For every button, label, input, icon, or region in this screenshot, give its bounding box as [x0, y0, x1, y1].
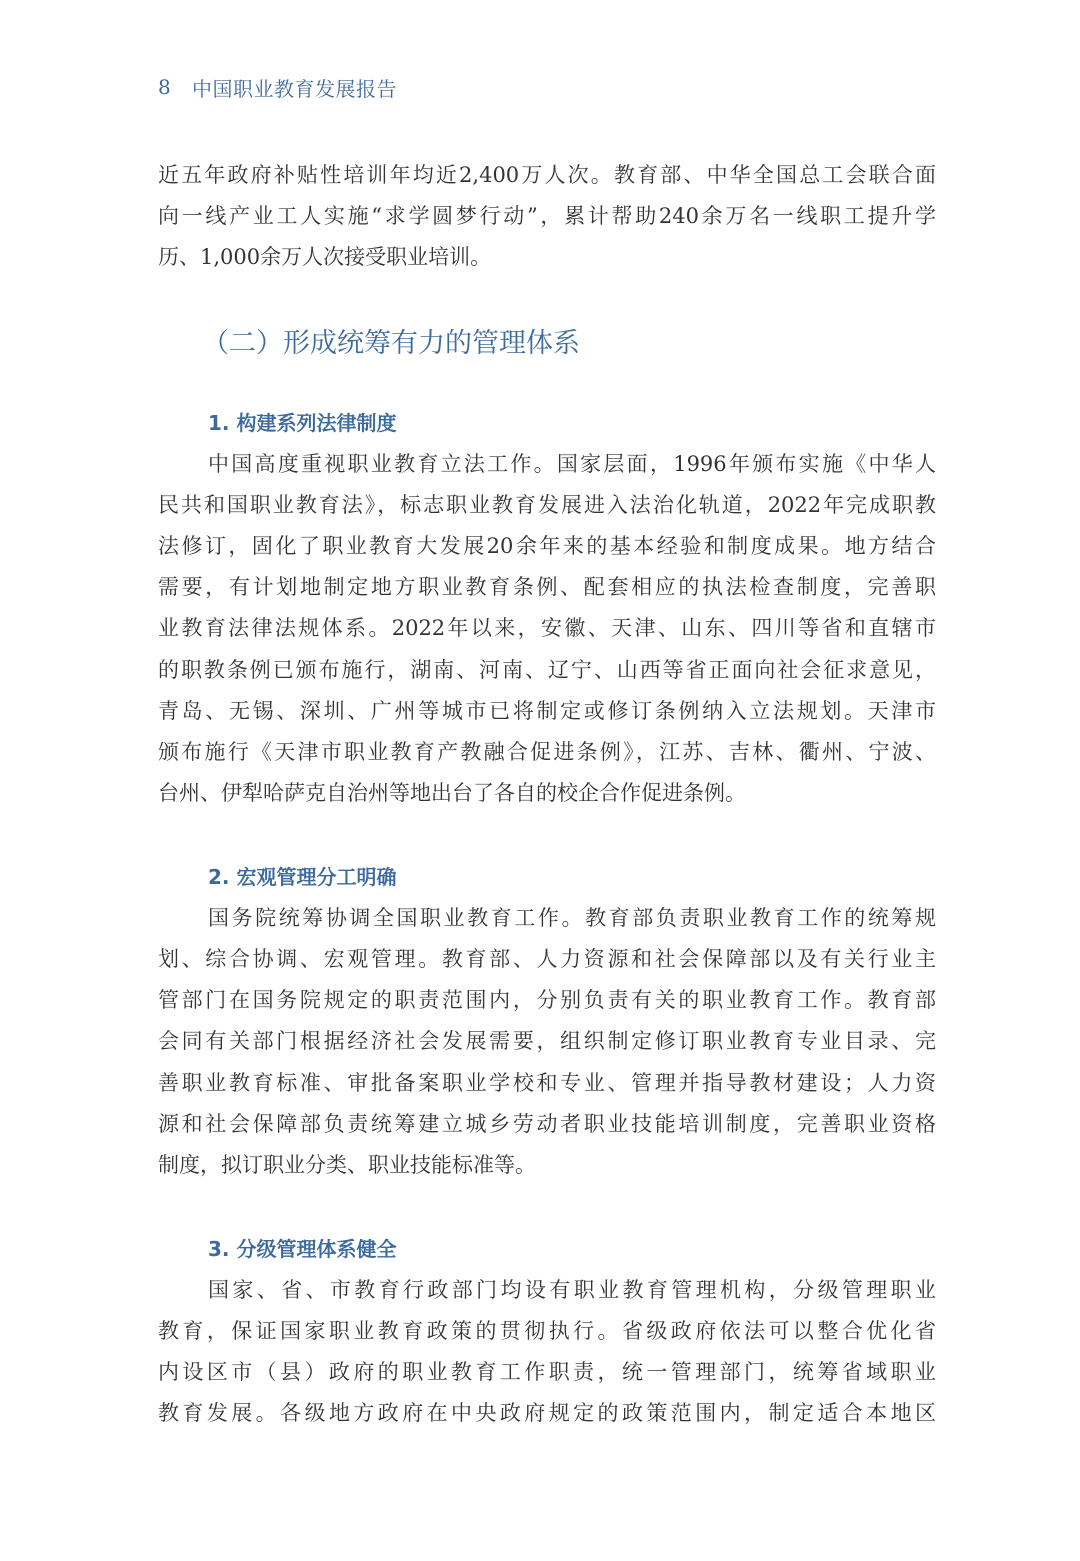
paragraph-line: 国家、省、市教育行政部门均设有职业教育管理机构，分级管理职业: [208, 1275, 936, 1305]
paragraph-line: 管部门在国务院规定的职责范围内，分别负责有关的职业教育工作。教育部: [158, 985, 936, 1015]
subsection-title-tiered: 3. 分级管理体系健全: [208, 1234, 396, 1264]
paragraph-line: 教育发展。各级地方政府在中央政府规定的政策范围内，制定适合本地区: [158, 1398, 936, 1428]
intro-line: 近五年政府补贴性培训年均近2,400万人次。教育部、中华全国总工会联合面: [158, 160, 936, 190]
paragraph-line: 源和社会保障部负责统筹建立城乡劳动者职业技能培训制度，完善职业资格: [158, 1109, 936, 1139]
paragraph-line: 制度，拟订职业分类、职业技能标准等。: [158, 1150, 936, 1180]
intro-line: 历、1,000余万人次接受职业培训。: [158, 242, 936, 272]
book-title: 中国职业教育发展报告: [192, 73, 397, 102]
paragraph-line: 民共和国职业教育法》，标志职业教育发展进入法治化轨道，2022年完成职教: [158, 490, 936, 520]
paragraph-line: 会同有关部门根据经济社会发展需要，组织制定修订职业教育专业目录、完: [158, 1026, 936, 1056]
intro-line: 向一线产业工人实施“求学圆梦行动”，累计帮助240余万名一线职工提升学: [158, 201, 936, 231]
running-header: 8 中国职业教育发展报告: [158, 72, 397, 102]
subsection-title-legal: 1. 构建系列法律制度: [208, 408, 396, 438]
document-page: 8 中国职业教育发展报告 近五年政府补贴性培训年均近2,400万人次。教育部、中…: [0, 0, 1080, 1561]
paragraph-line: 法修订，固化了职业教育大发展20余年来的基本经验和制度成果。地方结合: [158, 531, 936, 561]
paragraph-line: 国务院统筹协调全国职业教育工作。教育部负责职业教育工作的统筹规: [208, 903, 936, 933]
section-title: （二）形成统筹有力的管理体系: [202, 326, 580, 362]
paragraph-line: 青岛、无锡、深圳、广州等城市已将制定或修订条例纳入立法规划。天津市: [158, 696, 936, 726]
paragraph-line: 善职业教育标准、审批备案职业学校和专业、管理并指导教材建设；人力资: [158, 1068, 936, 1098]
paragraph-line: 颁布施行《天津市职业教育产教融合促进条例》，江苏、吉林、衢州、宁波、: [158, 737, 936, 767]
paragraph-line: 业教育法律法规体系。2022年以来，安徽、天津、山东、四川等省和直辖市: [158, 613, 936, 643]
paragraph-line: 的职教条例已颁布施行，湖南、河南、辽宁、山西等省正面向社会征求意见，: [158, 655, 936, 685]
paragraph-line: 划、综合协调、宏观管理。教育部、人力资源和社会保障部以及有关行业主: [158, 944, 936, 974]
paragraph-line: 中国高度重视职业教育立法工作。国家层面，1996年颁布实施《中华人: [208, 449, 936, 479]
paragraph-line: 台州、伊犁哈萨克自治州等地出台了各自的校企合作促进条例。: [158, 778, 936, 808]
subsection-title-macro: 2. 宏观管理分工明确: [208, 862, 396, 892]
page-number: 8: [158, 75, 192, 99]
paragraph-line: 内设区市（县）政府的职业教育工作职责，统一管理部门，统筹省域职业: [158, 1357, 936, 1387]
paragraph-line: 需要，有计划地制定地方职业教育条例、配套相应的执法检查制度，完善职: [158, 572, 936, 602]
paragraph-line: 教育，保证国家职业教育政策的贯彻执行。省级政府依法可以整合优化省: [158, 1316, 936, 1346]
